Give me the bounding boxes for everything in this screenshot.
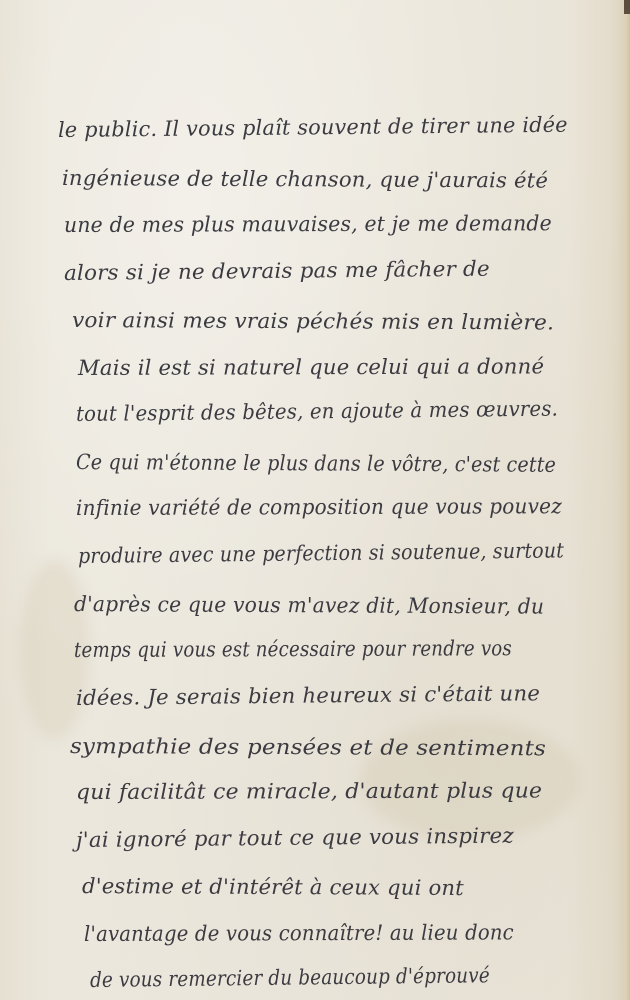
handwritten-line: produire avec une perfection si soutenue… xyxy=(78,538,564,568)
handwritten-text-block: le public. Il vous plaît souvent de tire… xyxy=(0,0,630,1000)
handwritten-line: Ce qui m'étonne le plus dans le vôtre, c… xyxy=(76,450,556,477)
handwritten-line: ingénieuse de telle chanson, que j'aurai… xyxy=(62,166,548,193)
handwritten-line: sympathie des pensées et de sentiments xyxy=(70,734,546,760)
handwritten-line: une de mes plus mauvaises, et je me dema… xyxy=(64,211,552,237)
handwritten-line: d'estime et d'intérêt à ceux qui ont xyxy=(82,874,464,900)
handwritten-line: de vous remercier du beaucoup d'éprouvé xyxy=(90,963,490,992)
handwritten-line: qui facilitât ce miracle, d'autant plus … xyxy=(76,778,542,804)
handwritten-line: Mais il est si naturel que celui qui a d… xyxy=(78,354,544,380)
handwritten-line: le public. Il vous plaît souvent de tire… xyxy=(58,113,568,142)
handwritten-line: voir ainsi mes vrais péchés mis en lumiè… xyxy=(72,308,554,334)
handwritten-line: temps qui vous est nécessaire pour rendr… xyxy=(74,636,512,662)
handwritten-line: l'avantage de vous connaître! au lieu do… xyxy=(84,920,514,946)
handwritten-line: infinie variété de composition que vous … xyxy=(76,494,562,520)
handwritten-line: tout l'esprit des bêtes, en ajoute à mes… xyxy=(76,397,558,426)
handwritten-line: idées. Je serais bien heureux si c'était… xyxy=(76,681,540,710)
handwritten-line: alors si je ne devrais pas me fâcher de xyxy=(64,257,490,285)
handwritten-line: j'ai ignoré par tout ce que vous inspire… xyxy=(76,823,514,852)
manuscript-page: le public. Il vous plaît souvent de tire… xyxy=(0,0,630,1000)
handwritten-line: d'après ce que vous m'avez dit, Monsieur… xyxy=(74,592,544,619)
